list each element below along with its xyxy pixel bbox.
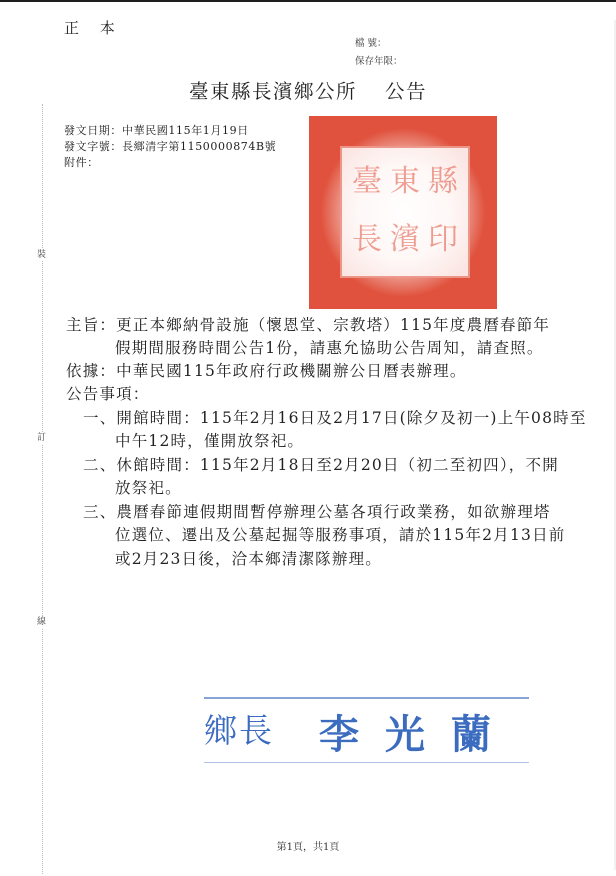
- item-3-line-3: 或2月23日後，洽本鄉清潔隊辦理。: [115, 548, 382, 570]
- binding-mark-xian: 線: [37, 616, 46, 628]
- issuing-organization: 臺東縣長濱鄉公所: [189, 80, 357, 103]
- seal-glyph: 印: [424, 212, 462, 270]
- item-3-line-2: 位選位、遷出及公墓起掘等服務事項，請於115年2月13日前: [115, 524, 565, 546]
- top-border: [0, 0, 616, 2]
- issue-date: 發文日期：中華民國115年1月19日: [64, 122, 249, 138]
- seal-glyph: 濱: [386, 212, 424, 270]
- document-type: 公告: [385, 80, 427, 103]
- official-seal: 臺 東 縣 長 濱 印: [309, 116, 497, 309]
- subject-line-2: 假期間服務時間公告1份，請惠允協助公告周知，請查照。: [115, 337, 544, 359]
- attachment-label: 附件：: [64, 154, 99, 170]
- item-2-line-1: 二、休館時間：115年2月18日至2月20日（初二至初四），不開: [83, 454, 559, 476]
- seal-glyph: 臺: [348, 154, 386, 212]
- document-number: 發文字號：長鄉清字第1150000874B號: [64, 138, 276, 154]
- page-number: 第1頁，共1頁: [0, 838, 616, 853]
- item-1-line-1: 一、開館時間：115年2月16日及2月17日(除夕及初一)上午08時至: [83, 407, 587, 429]
- seal-glyphs: 臺 東 縣 長 濱 印: [348, 154, 462, 270]
- file-number-label: 檔 號：: [355, 35, 387, 49]
- signature-stamp: 鄉長 李光蘭: [204, 697, 529, 763]
- seal-glyph: 長: [348, 212, 386, 270]
- signature-title: 鄉長: [204, 705, 274, 752]
- seal-glyph: 縣: [424, 154, 462, 212]
- subject-line-1: 主旨：更正本鄉納骨設施（懷恩堂、宗教塔）115年度農曆春節年: [66, 314, 550, 336]
- binding-mark-zhuang: 裝: [37, 249, 46, 261]
- seal-inner-frame: 臺 東 縣 長 濱 印: [340, 146, 470, 278]
- document-title: 臺東縣長濱鄉公所公告: [0, 76, 616, 104]
- copy-mark: 正 本: [64, 17, 123, 38]
- basis: 依據：中華民國115年政府行政機關辦公日曆表辦理。: [66, 360, 467, 382]
- item-1-line-2: 中午12時，僅開放祭祀。: [115, 430, 304, 452]
- signature-name: 李光蘭: [319, 703, 517, 760]
- retention-period-label: 保存年限：: [355, 53, 403, 67]
- binding-line: [42, 104, 43, 874]
- item-2-line-2: 放祭祀。: [115, 477, 182, 499]
- items-heading: 公告事項：: [66, 383, 150, 405]
- binding-mark-ding: 訂: [37, 432, 46, 444]
- item-3-line-1: 三、農曆春節連假期間暫停辦理公墓各項行政業務，如欲辦理塔: [83, 501, 551, 523]
- seal-glyph: 東: [386, 154, 424, 212]
